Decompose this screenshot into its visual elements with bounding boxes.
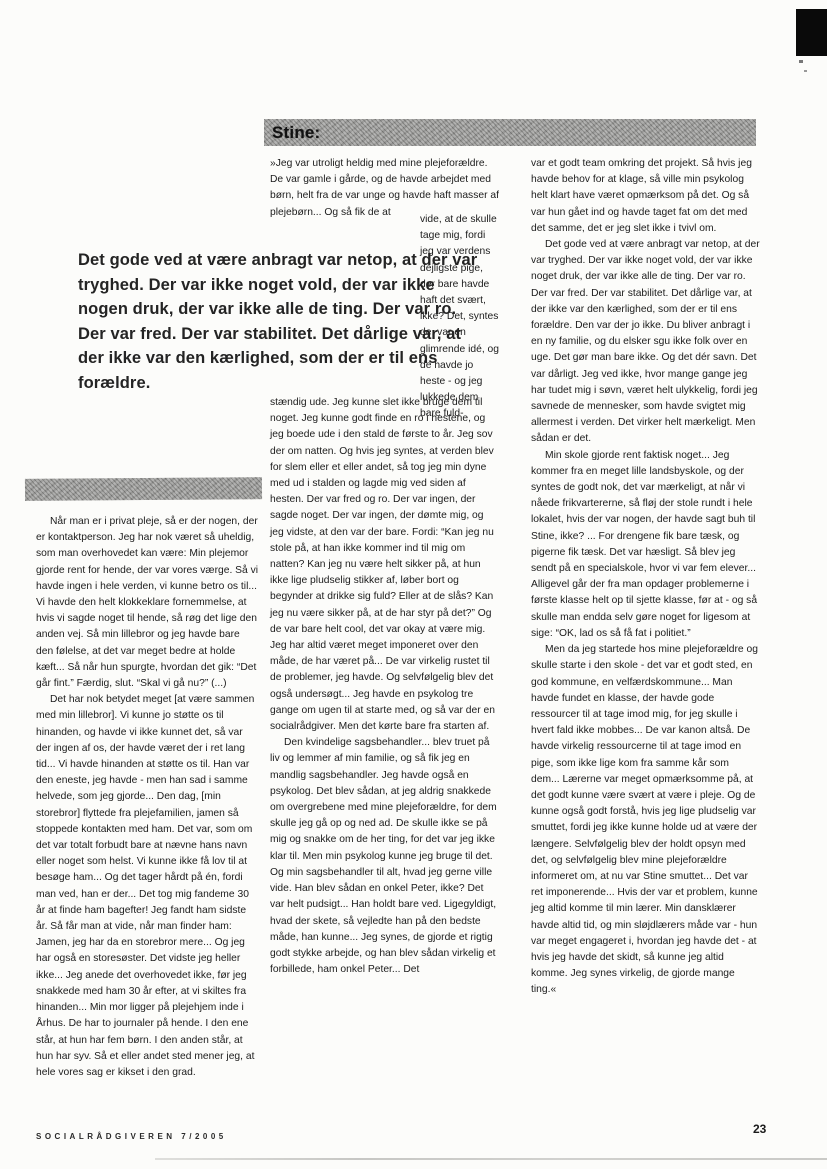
redacted-subhead-bar xyxy=(25,477,262,501)
pull-quote: Det gode ved at være anbragt var netop, … xyxy=(78,248,482,396)
page-edge-line xyxy=(155,1158,827,1160)
middle-column-body: stændig ude. Jeg kunne slet ikke bruge d… xyxy=(270,395,499,978)
paragraph: stændig ude. Jeg kunne slet ikke bruge d… xyxy=(270,395,499,735)
section-title: Stine: xyxy=(264,123,320,143)
paragraph: Når man er i privat pleje, så er der nog… xyxy=(36,514,259,692)
footer-magazine-title: SOCIALRÅDGIVEREN 7/2005 xyxy=(36,1132,227,1141)
magazine-page: Stine: »Jeg var utroligt heldig med mine… xyxy=(0,0,827,1169)
right-column-body: var et godt team omkring det projekt. Så… xyxy=(531,156,760,999)
left-column-body: Når man er i privat pleje, så er der nog… xyxy=(36,514,259,1081)
print-registration-mark xyxy=(796,9,827,56)
paragraph: Den kvindelige sagsbehandler... blev tru… xyxy=(270,735,499,978)
footer-page-number: 23 xyxy=(753,1122,766,1136)
paragraph: Det gode ved at være anbragt var netop, … xyxy=(531,237,760,448)
paragraph: var et godt team omkring det projekt. Så… xyxy=(531,156,760,237)
print-speck xyxy=(804,70,807,72)
paragraph: Men da jeg startede hos mine plejeforæld… xyxy=(531,642,760,998)
paragraph: Min skole gjorde rent faktisk noget... J… xyxy=(531,448,760,642)
print-speck xyxy=(799,60,803,63)
paragraph: Det har nok betydet meget [at være samme… xyxy=(36,692,259,1081)
section-header-bar: Stine: xyxy=(264,119,756,146)
